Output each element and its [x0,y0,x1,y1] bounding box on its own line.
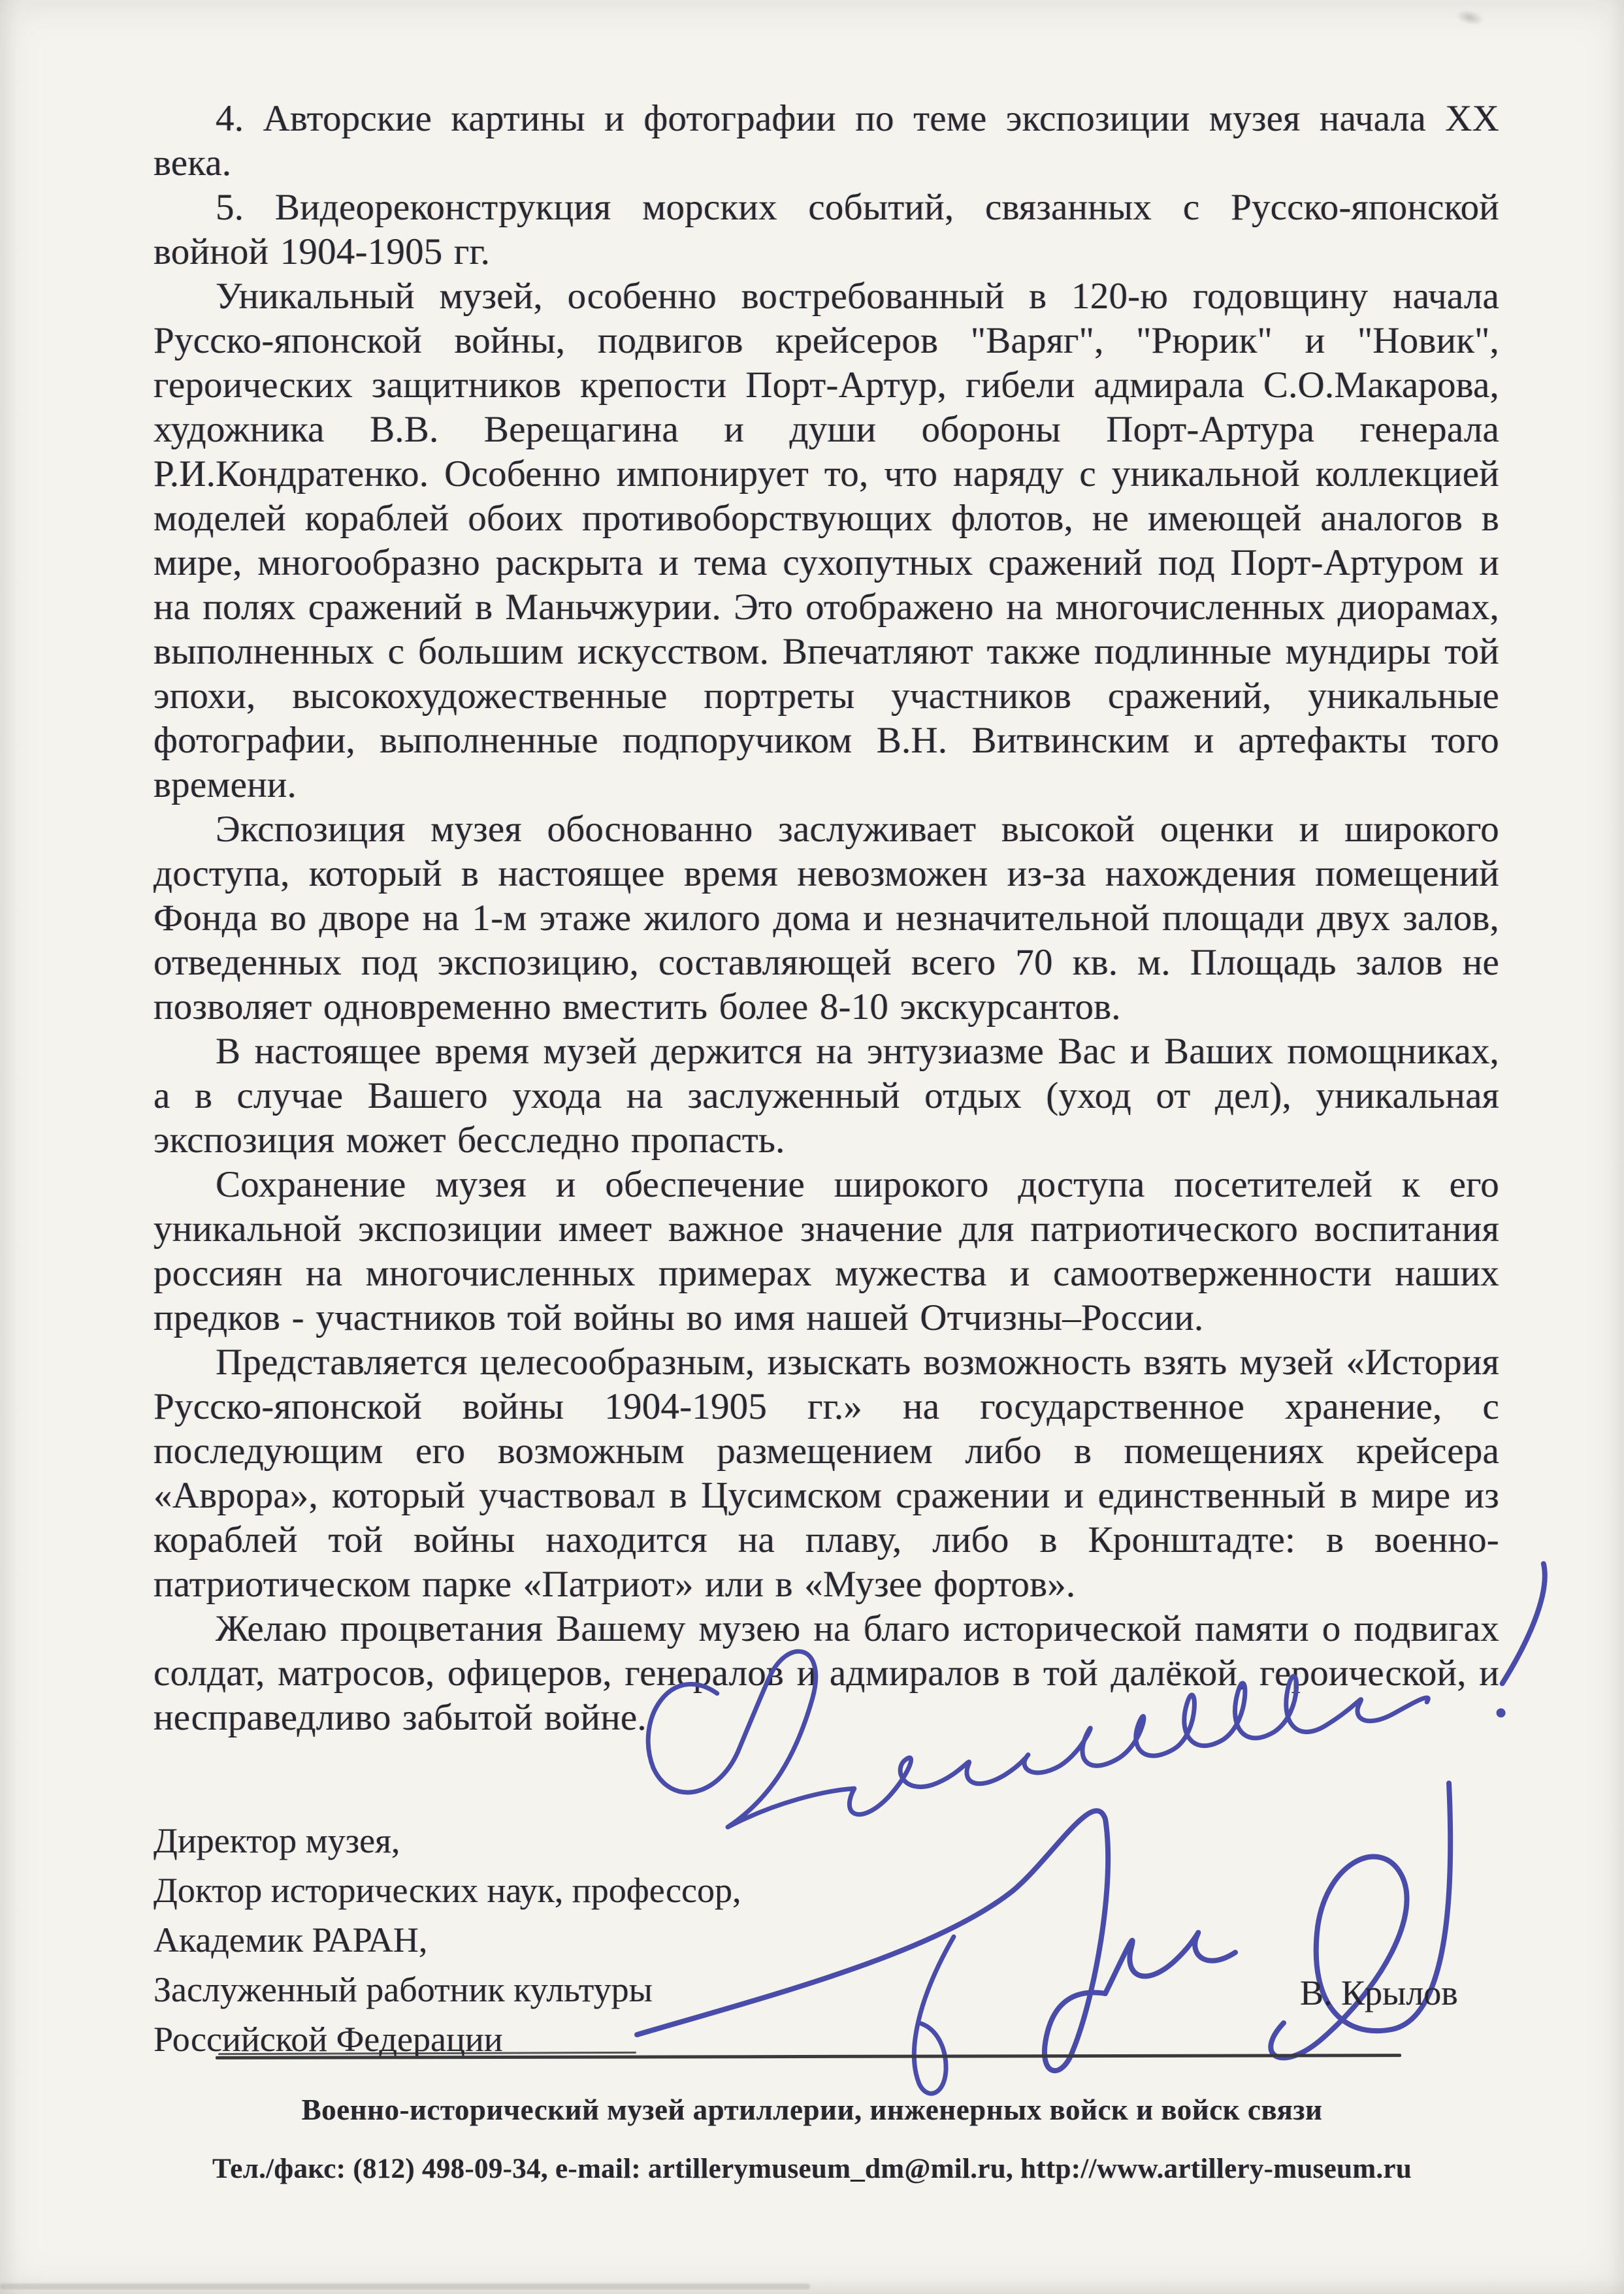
numbered-item-4: 4. Авторские картины и фотографии по тем… [154,97,1499,186]
body-paragraph: Уникальный музей, особенно востребованны… [154,274,1499,807]
scan-smudge [1454,7,1486,28]
signoff-line: Директор музея, [154,1816,741,1866]
footer-contacts: Тел./факс: (812) 498-09-34, e-mail: arti… [0,2153,1624,2185]
body-paragraph: Сохранение музея и обеспечение широкого … [154,1163,1499,1340]
signoff-line: Доктор исторических наук, профессор, [154,1866,741,1915]
signer-name: В. Крылов [1300,1973,1458,2013]
signoff-line: Академик РАРАН, [154,1915,741,1965]
scan-edge-band [0,2284,810,2289]
body-paragraph: Представляется целесообразным, изыскать … [154,1340,1499,1607]
body-paragraph: В настоящее время музей держится на энту… [154,1029,1499,1163]
signoff-block: Директор музея, Доктор исторических наук… [154,1816,741,2064]
scanned-letter-page: 4. Авторские картины и фотографии по тем… [0,0,1624,2294]
signoff-line: Заслуженный работник культуры [154,1965,741,2014]
footer-organization: Военно-исторический музей артиллерии, ин… [0,2093,1624,2127]
letter-body: 4. Авторские картины и фотографии по тем… [154,97,1499,1740]
numbered-item-5: 5. Видеореконструкция морских событий, с… [154,186,1499,274]
body-paragraph: Экспозиция музея обоснованно заслуживает… [154,807,1499,1029]
body-paragraph: Желаю процветания Вашему музею на благо … [154,1607,1499,1740]
